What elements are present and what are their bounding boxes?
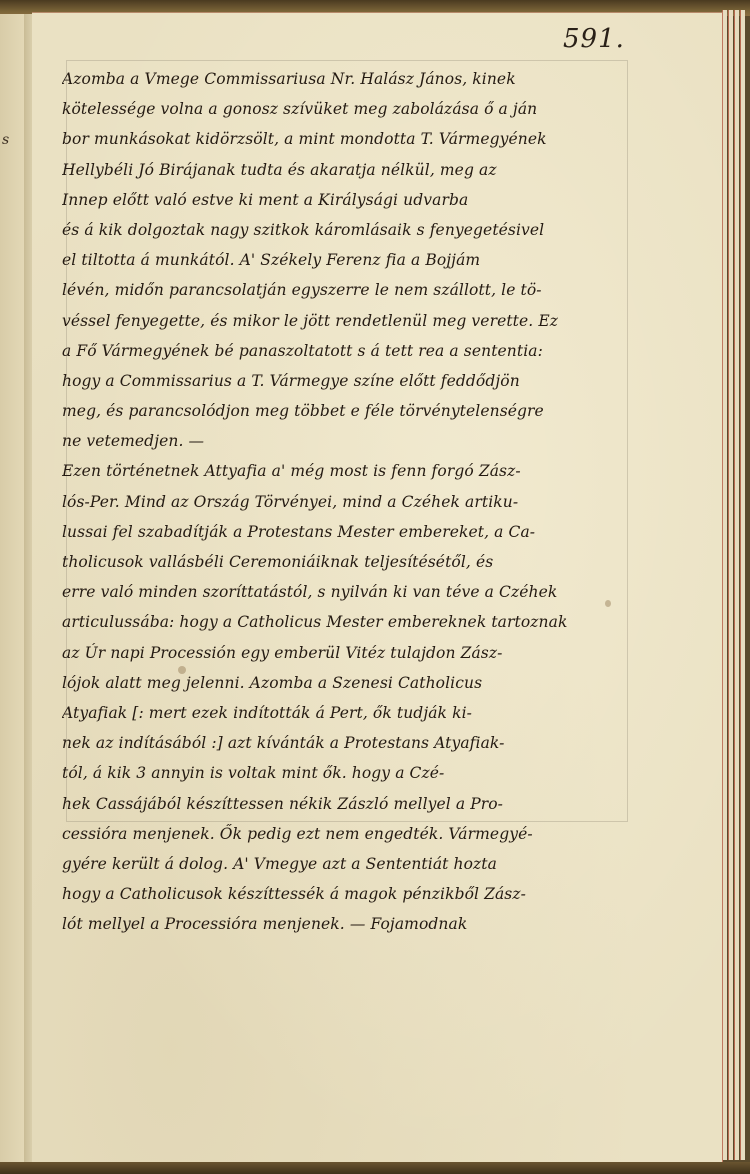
text-line: el tiltotta á munkától. A' Székely Feren…	[62, 245, 642, 275]
text-line: Atyafiak [: mert ezek indították á Pert,…	[62, 698, 642, 728]
page-stack-edge	[740, 10, 745, 1160]
text-line: meg, és parancsolódjon meg többet e féle…	[62, 396, 642, 426]
text-line: cessióra menjenek. Ők pedig ezt nem enge…	[62, 819, 642, 849]
book-bottom-edge	[0, 1162, 750, 1174]
text-line: Innep előtt való estve ki ment a Királys…	[62, 185, 642, 215]
text-line: Ezen történetnek Attyafia a' még most is…	[62, 456, 642, 486]
text-line: lójok alatt meg jelenni. Azomba a Szenes…	[62, 668, 642, 698]
text-line: lussai fel szabadítják a Protestans Mest…	[62, 517, 642, 547]
text-line: kötelessége volna a gonosz szívüket meg …	[62, 94, 642, 124]
text-line: bor munkásokat kidörzsölt, a mint mondot…	[62, 124, 642, 154]
text-line: a Fő Vármegyének bé panaszoltatott s á t…	[62, 336, 642, 366]
margin-mark: s	[2, 132, 9, 148]
text-line: ne vetemedjen. —	[62, 426, 642, 456]
text-line: nek az indításából :] azt kívánták a Pro…	[62, 728, 642, 758]
text-line: lévén, midőn parancsolatján egyszerre le…	[62, 275, 642, 305]
text-line: hogy a Commissarius a T. Vármegye színe …	[62, 366, 642, 396]
text-line: Hellybéli Jó Birájanak tudta és akaratja…	[62, 155, 642, 185]
text-line: az Úr napi Processión egy emberül Vitéz …	[62, 638, 642, 668]
text-line: lót mellyel a Processióra menjenek. — Fo…	[62, 909, 642, 939]
text-line: véssel fenyegette, és mikor le jött rend…	[62, 306, 642, 336]
manuscript-text: Azomba a Vmege Commissariusa Nr. Halász …	[62, 64, 642, 939]
text-line: erre való minden szoríttatástól, s nyilv…	[62, 577, 642, 607]
text-line: lós-Per. Mind az Ország Törvényei, mind …	[62, 487, 642, 517]
page-stack-edge	[728, 10, 733, 1160]
text-line: és á kik dolgoztak nagy szitkok káromlás…	[62, 215, 642, 245]
folio-number: 591.	[563, 24, 625, 54]
text-line: hogy a Catholicusok készíttessék á magok…	[62, 879, 642, 909]
page-stack-edge	[734, 10, 739, 1160]
facing-page-edge: s	[0, 14, 25, 1164]
text-line: articulussába: hogy a Catholicus Mester …	[62, 607, 642, 637]
text-line: tholicusok vallásbéli Ceremoniáiknak tel…	[62, 547, 642, 577]
text-line: Azomba a Vmege Commissariusa Nr. Halász …	[62, 64, 642, 94]
text-line: hek Cassájából készíttessen nékik Zászló…	[62, 789, 642, 819]
text-line: tól, á kik 3 annyin is voltak mint ők. h…	[62, 758, 642, 788]
text-line: gyére került á dolog. A' Vmegye azt a Se…	[62, 849, 642, 879]
